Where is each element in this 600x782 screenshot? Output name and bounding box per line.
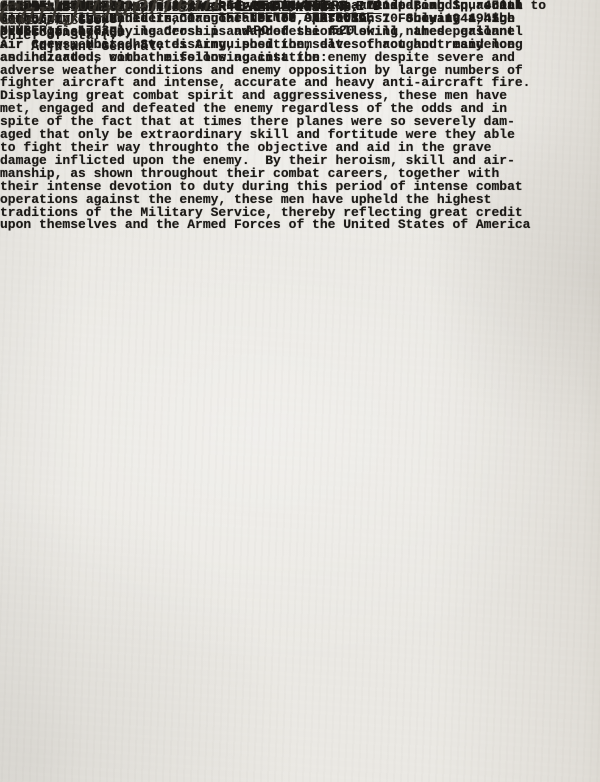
document-page: R E S T R I C T E D HEADQUARTERS FIFTEEN… bbox=[0, 0, 600, 782]
certifier-name-block: CARL J. GUERREIN, Capt., AC bbox=[0, 0, 150, 27]
